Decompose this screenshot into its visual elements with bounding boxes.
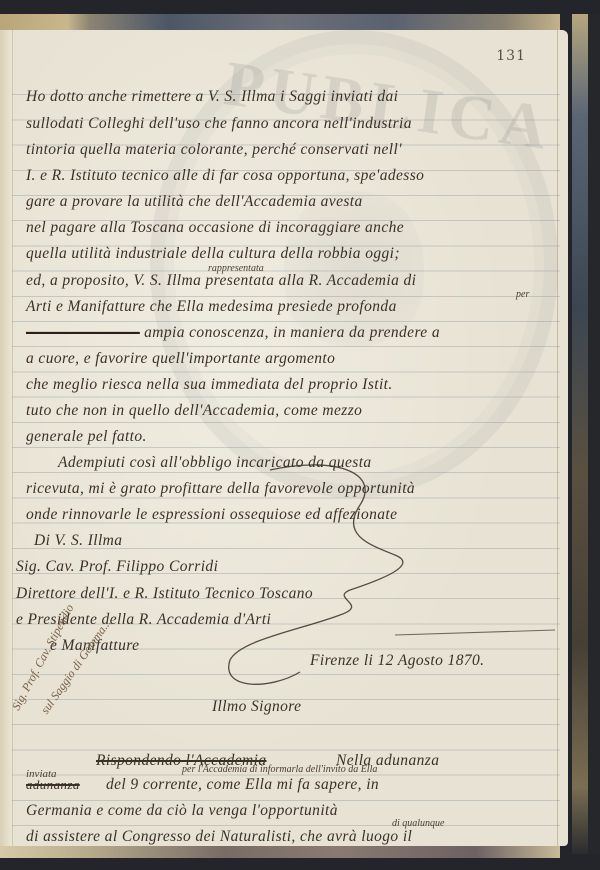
page-number: 131 [496,48,526,64]
salutation: Illmo Signore [212,698,301,716]
letter1-line-11: a cuore, e favorire quell'importante arg… [26,350,335,368]
letter1-line-3: tintoria quella materia colorante, perch… [26,141,402,159]
letter2-line-2: del 9 corrente, come Ella mi fa sapere, … [106,776,379,794]
letter1-line-13: tuto che non in quello dell'Accademia, c… [26,402,362,420]
letter2-line-3: Germania e come da ciò la venga l'opport… [26,802,338,820]
letter1-line-12: che meglio riesca nella sua immediata de… [26,376,393,394]
letter1-line-10: ​────────── ampia conoscenza, in maniera… [26,324,440,342]
book-binding-bottom [0,846,560,858]
letter2-line-4: di assistere al Congresso dei Naturalist… [26,828,412,846]
struck-text: ​────────── [26,324,140,341]
closing-line-3: onde rinnovarle le espressioni ossequios… [26,506,397,524]
addressee-line-1: Di V. S. Illma [34,532,122,550]
letter1-line-6: nel pagare alla Toscana occasione di inc… [26,219,404,237]
letter1-line-10-text: ampia conoscenza, in maniera da prendere… [144,324,440,341]
place-date: Firenze li 12 Agosto 1870. [310,652,484,670]
left-margin-word-2: adunanza [26,777,80,793]
letter1-line-8: ed, a proposito, V. S. Illma presentata … [26,272,416,290]
right-margin-rule [557,30,558,846]
manuscript-page: PUBLICA 131 Ho dotto anche rimettere a V… [0,30,568,846]
closing-line-1: Adempiuti così all'obbligo incaricato da… [58,454,372,472]
letter1-line-5: gare a provare la utilità che dell'Accad… [26,193,363,211]
letter1-line-7: quella utilità industriale della cultura… [26,245,400,263]
addressee-line-3: Direttore dell'I. e R. Istituto Tecnico … [16,585,313,603]
addressee-line-2: Sig. Cav. Prof. Filippo Corridi [16,558,218,576]
letter1-line-4: I. e R. Istituto tecnico alle di far cos… [26,167,424,185]
book-binding-right [572,14,600,854]
struck-text: adunanza [26,777,80,792]
letter1-line-2: sullodati Colleghi dell'uso che fanno an… [26,115,412,133]
closing-line-2: ricevuta, mi è grato profittare della fa… [26,480,415,498]
insert-per: per [516,289,529,300]
letter1-line-1: Ho dotto anche rimettere a V. S. Illma i… [26,88,398,106]
letter1-line-14: generale pel fatto. [26,428,147,446]
insert-above-line-2: per l'Accademia di informarla dell'invit… [182,764,377,775]
letter1-line-9: Arti e Manifatture che Ella medesima pre… [26,298,397,316]
